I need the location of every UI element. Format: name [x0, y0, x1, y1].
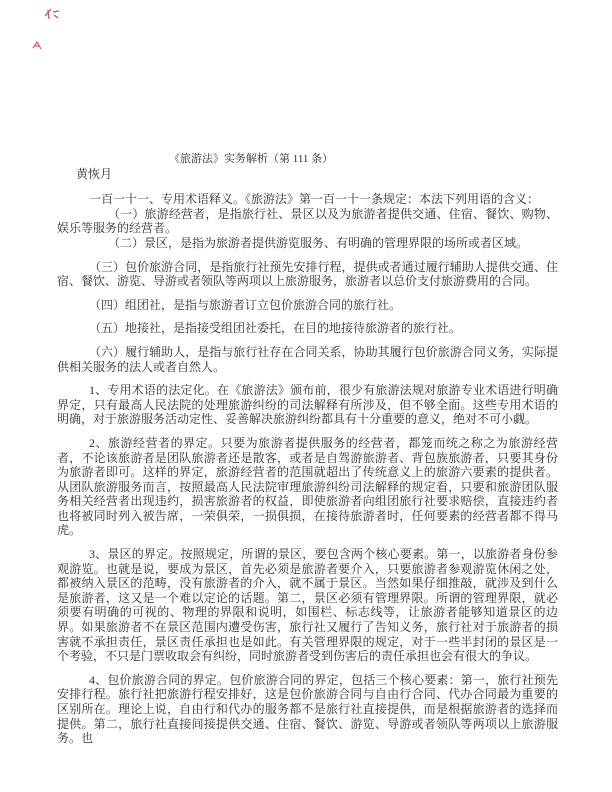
paragraph-definition-6: （六）履行辅助人，是指与旅行社存在合同关系，协助其履行包价旅游合同义务，实际提供… [57, 345, 558, 374]
paragraph-analysis-2: 2、旅游经营者的界定。只要为旅游者提供服务的经营者，都笼而统之称之为旅游经营者，… [57, 436, 558, 538]
paragraph-analysis-4: 4、包价旅游合同的界定。包价旅游合同的界定，包括三个核心要素：第一，旅行社预先安… [57, 673, 558, 746]
paragraph-definition-3: （三）包价旅游合同，是指旅行社预先安排行程，提供或者通过履行辅助人提供交通、住宿… [57, 260, 558, 289]
author-name: 黄恢月 [57, 167, 558, 182]
document-title: 《旅游法》实务解析（第 111 条） [57, 152, 558, 167]
paragraph-definition-4: （四）组团社，是指与旅游者订立包价旅游合同的旅行社。 [57, 298, 558, 313]
paragraph-definition-2: （二）景区，是指为旅游者提供游览服务、有明确的管理界限的场所或者区域。 [57, 236, 558, 251]
paragraph-definition-1: （一）旅游经营者，是指旅行社、景区以及为旅游者提供交通、住宿、餐饮、购物、娱乐等… [57, 207, 558, 236]
paragraph-term-intro: 一百一十一、专用术语释义。《旅游法》第一百一十一条规定：本法下列用语的含义： [57, 192, 558, 207]
paragraph-definition-5: （五）地接社，是指接受组团社委托，在目的地接待旅游者的旅行社。 [57, 321, 558, 336]
paragraph-analysis-3: 3、景区的界定。按照规定，所谓的景区，要包含两个核心要素。第一，以旅游者身份参观… [57, 547, 558, 664]
paragraph-analysis-1: 1、专用术语的法定化。在《旅游法》颁布前，很少有旅游法规对旅游专业术语进行明确界… [57, 383, 558, 427]
red-pen-mark-icon [42, 6, 62, 24]
document-body: 《旅游法》实务解析（第 111 条） 黄恢月 一百一十一、专用术语释义。《旅游法… [57, 152, 558, 746]
red-pen-mark-small-icon [31, 40, 44, 52]
document-page: 《旅游法》实务解析（第 111 条） 黄恢月 一百一十一、专用术语释义。《旅游法… [0, 0, 612, 792]
